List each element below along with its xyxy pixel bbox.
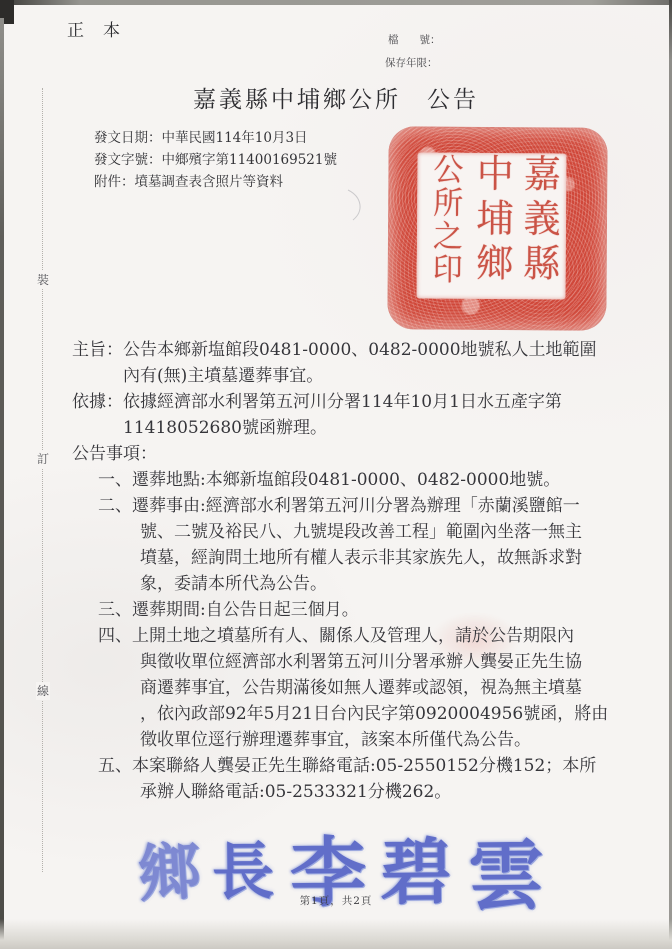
scanned-document-page: 裝 訂 線 正本 檔 號： 保存年限： 嘉義縣中埔鄉公所 公告 發文日期：中華民…	[0, 0, 672, 949]
document-number: 發文字號：中鄉殯字第11400169521號	[94, 149, 337, 171]
seal-inner-field: 嘉義縣 中埔鄉 公所之印	[417, 152, 567, 299]
scan-edge-left	[0, 18, 4, 949]
announcement-item-1: 一、遷葬地點:本鄉新塩館段0481-0000、0482-0000地號。	[98, 467, 632, 493]
attachment-note: 附件：墳墓調查表含照片等資料	[94, 171, 337, 193]
seal-column-1: 嘉義縣	[515, 153, 563, 299]
issue-date: 發文日期：中華民國114年10月3日	[94, 127, 337, 149]
page-number-footer: 第1頁，共2頁	[0, 893, 672, 908]
binding-dotted-line	[42, 88, 43, 872]
subject-paragraph: 主旨：公告本鄉新塩館段0481-0000、0482-0000地號私人土地範圍 內…	[72, 337, 632, 389]
binding-mark-ding: 訂	[36, 450, 50, 468]
copy-type-label: 正本	[67, 16, 139, 41]
seal-column-3: 公所之印	[421, 153, 469, 299]
document-title: 嘉義縣中埔鄉公所 公告	[0, 81, 672, 114]
pen-stroke-artifact	[342, 188, 368, 222]
binding-mark-xian: 線	[36, 682, 50, 700]
scan-edge-top	[0, 0, 672, 5]
document-meta: 發文日期：中華民國114年10月3日 發文字號：中鄉殯字第11400169521…	[94, 127, 337, 193]
binding-mark-zhuang: 裝	[36, 271, 50, 289]
announcement-item-4: 四、上開土地之墳墓所有人、關係人及管理人，請於公告期限內 與徵收單位經濟部水利署…	[98, 623, 632, 753]
signature-char-yun: 雲	[467, 815, 544, 925]
items-header: 公告事項：	[72, 441, 632, 467]
announcement-item-5: 五、本案聯絡人龔晏正先生聯絡電話:05-2550152分機152；本所 承辦人聯…	[98, 753, 632, 805]
seal-script-text: 嘉義縣 中埔鄉 公所之印	[421, 153, 563, 300]
retention-period-label: 保存年限：	[385, 55, 438, 70]
announcement-body: 主旨：公告本鄉新塩館段0481-0000、0482-0000地號私人土地範圍 內…	[72, 337, 632, 805]
mayor-signature-stamp: 鄉 長 李 碧 雲	[137, 810, 544, 928]
announcement-item-3: 三、遷葬期間:自公告日起三個月。	[98, 597, 632, 623]
basis-paragraph: 依據：依據經濟部水利署第五河川分署114年10月1日水五產字第 11418052…	[72, 389, 632, 441]
announcement-item-2: 二、遷葬事由:經濟部水利署第五河川分署為辦理「赤蘭溪鹽館一 號、二號及裕民八、九…	[98, 493, 632, 597]
seal-column-2: 中埔鄉	[468, 153, 516, 299]
official-red-seal: 嘉義縣 中埔鄉 公所之印	[387, 126, 607, 331]
file-number-label: 檔 號：	[388, 32, 441, 47]
